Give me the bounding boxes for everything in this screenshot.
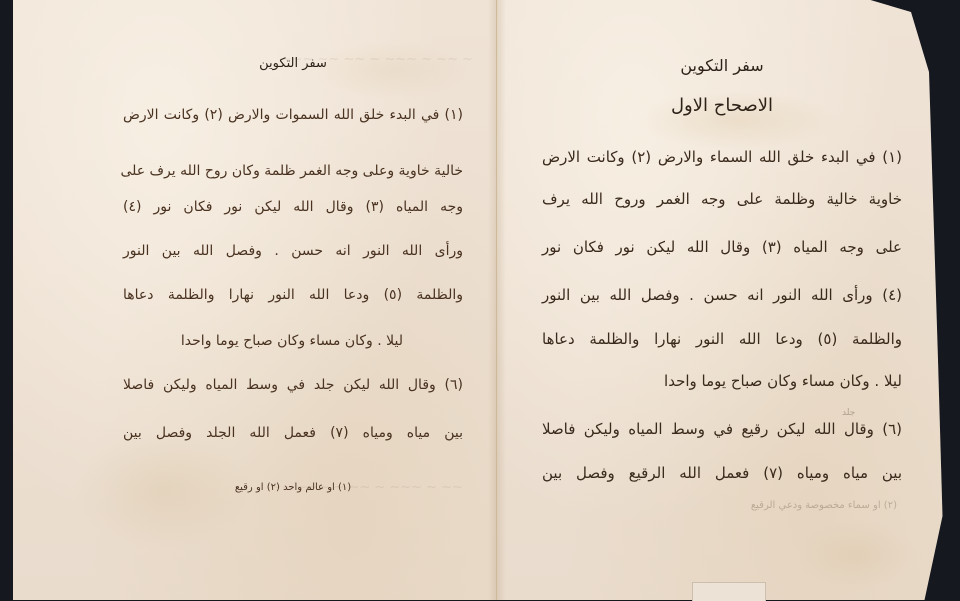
manuscript-line: والظلمة (٥) ودعا الله النور نهارا والظلم…: [123, 288, 463, 302]
paper-stain: [797, 520, 917, 590]
manuscript-line: بين مياه ومياه (٧) فعمل الله الجلد وفصل …: [123, 426, 463, 440]
manuscript-line: على وجه المياه (٣) وقال الله ليكن نور فك…: [542, 240, 902, 255]
manuscript-line: (٤) ورأى الله النور انه حسن . وفصل الله …: [542, 288, 902, 303]
manuscript-line: والظلمة (٥) ودعا الله النور نهارا والظلم…: [542, 332, 902, 347]
manuscript-line: ليلا . وكان مساء وكان صباح يوما واحدا: [183, 334, 403, 348]
manuscript-line: وجه المياه (٣) وقال الله ليكن نور فكان ن…: [123, 200, 463, 214]
manuscript-line: خالية خاوية وعلى وجه الغمر ظلمة وكان روح…: [123, 164, 463, 178]
interlinear-note: جلد: [842, 408, 855, 418]
manuscript-line: (٦) وقال الله ليكن رقيع في وسط المياه ول…: [542, 422, 902, 437]
right-page-title: سفر التكوين: [542, 56, 902, 75]
left-page: ~ ~~ ~ ~~~ ~ ~~ ~~ ~~~ ~~ ~ ~~~ ~ ~~ ~ ~…: [13, 0, 497, 600]
manuscript-line: ليلا . وكان مساء وكان صباح يوما واحدا: [632, 374, 902, 389]
paper-tab-slip: [692, 582, 766, 600]
manuscript-line: (١) في البدء خلق الله السموات والارض (٢)…: [123, 108, 463, 122]
faint-marginal-note: (٢) او سماء مخصوصة ودعي الرقيع: [657, 500, 897, 511]
right-page-subtitle: الاصحاح الاول: [542, 95, 902, 116]
manuscript-line: خاوية خالية وظلمة على وجه الغمر وروح الل…: [542, 192, 902, 207]
left-page-footnote: (١) او عالم واحد (٢) او رقيع: [123, 482, 463, 493]
manuscript-line: (١) في البدء خلق الله السماء والارض (٢) …: [542, 150, 902, 165]
manuscript-line: (٦) وقال الله ليكن جلد في وسط المياه ولي…: [123, 378, 463, 392]
manuscript-line: ورأى الله النور انه حسن . وفصل الله بين …: [123, 244, 463, 258]
left-page-heading: سفر التكوين: [123, 56, 463, 71]
manuscript-line: بين مياه ومياه (٧) فعمل الله الرقيع وفصل…: [542, 466, 902, 481]
right-page: سفر التكوين الاصحاح الاول (١) في البدء خ…: [497, 0, 947, 600]
manuscript-spread: ~ ~~ ~ ~~~ ~ ~~ ~~ ~~~ ~~ ~ ~~~ ~ ~~ ~ ~…: [0, 0, 960, 600]
